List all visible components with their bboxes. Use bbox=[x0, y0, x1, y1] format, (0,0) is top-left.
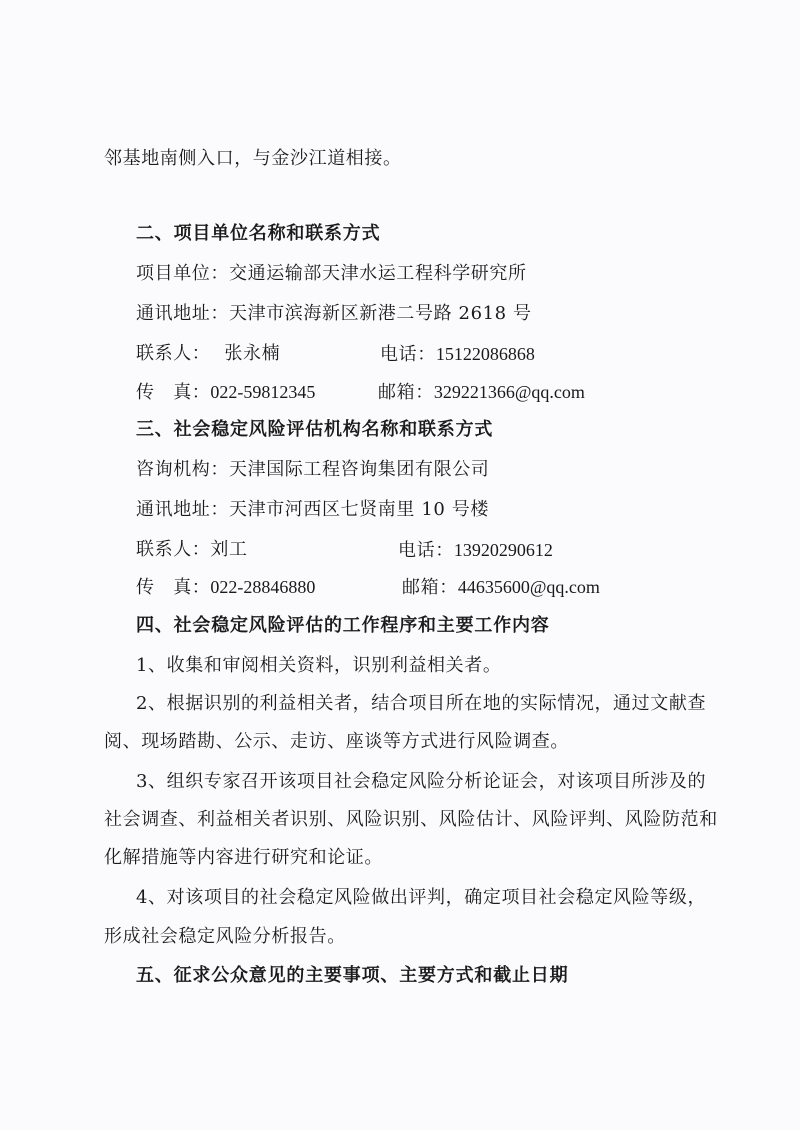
procedure-item-2-line-1: 2、根据识别的利益相关者，结合项目所在地的实际情况，通过文献查 bbox=[136, 692, 706, 716]
project-contact-label: 联系人： bbox=[136, 343, 210, 364]
project-address-label: 通讯地址： bbox=[136, 303, 229, 324]
consult-org-label: 咨询机构： bbox=[136, 459, 229, 480]
consult-phone-label: 电话： bbox=[398, 540, 454, 561]
procedure-item-4-line-1: 4、对该项目的社会稳定风险做出评判，确定项目社会稳定风险等级， bbox=[136, 886, 706, 910]
procedure-item-4-line-2: 形成社会稳定风险分析报告。 bbox=[104, 925, 346, 949]
consult-phone-row: 电话：13920290612 bbox=[398, 538, 553, 563]
section-3-heading: 三、社会稳定风险评估机构名称和联系方式 bbox=[136, 418, 493, 442]
project-email-label: 邮箱： bbox=[378, 382, 434, 403]
section-5-heading: 五、征求公众意见的主要事项、主要方式和截止日期 bbox=[136, 964, 568, 988]
consult-fax-label: 传 真： bbox=[136, 577, 210, 598]
consult-contact-value: 刘工 bbox=[210, 539, 247, 560]
consult-fax-value: 022-28846880 bbox=[210, 577, 315, 597]
continuation-line: 邻基地南侧入口，与金沙江道相接。 bbox=[104, 147, 402, 171]
project-unit-value: 交通运输部天津水运工程科学研究所 bbox=[229, 263, 527, 284]
consult-phone-value: 13920290612 bbox=[454, 540, 553, 560]
consult-fax-row: 传 真：022-28846880 bbox=[136, 575, 315, 600]
section-4-heading: 四、社会稳定风险评估的工作程序和主要工作内容 bbox=[136, 614, 550, 638]
project-contact-row: 联系人：张永楠 bbox=[136, 342, 280, 366]
procedure-item-2-line-2: 阅、现场踏勘、公示、走访、座谈等方式进行风险调查。 bbox=[104, 730, 569, 754]
project-fax-label: 传 真： bbox=[136, 382, 210, 403]
consult-email-value: 44635600@qq.com bbox=[458, 577, 600, 597]
procedure-item-3-line-1: 3、组织专家召开该项目社会稳定风险分析论证会，对该项目所涉及的 bbox=[136, 770, 706, 794]
procedure-item-1: 1、收集和审阅相关资料，识别利益相关者。 bbox=[136, 654, 501, 678]
consult-email-row: 邮箱：44635600@qq.com bbox=[402, 575, 600, 600]
project-phone-row: 电话：15122086868 bbox=[380, 342, 535, 367]
project-address-value: 天津市滨海新区新港二号路 2618 号 bbox=[229, 303, 532, 324]
consult-address-row: 通讯地址：天津市河西区七贤南里 10 号楼 bbox=[136, 498, 489, 522]
consult-contact-label: 联系人： bbox=[136, 539, 210, 560]
consult-org-value: 天津国际工程咨询集团有限公司 bbox=[229, 459, 489, 480]
document-page: 邻基地南侧入口，与金沙江道相接。 二、项目单位名称和联系方式 项目单位：交通运输… bbox=[0, 0, 800, 1130]
section-2-heading: 二、项目单位名称和联系方式 bbox=[136, 222, 380, 246]
consult-org-row: 咨询机构：天津国际工程咨询集团有限公司 bbox=[136, 458, 489, 482]
project-phone-value: 15122086868 bbox=[436, 344, 535, 364]
consult-email-label: 邮箱： bbox=[402, 577, 458, 598]
project-fax-row: 传 真：022-59812345 bbox=[136, 380, 315, 405]
project-email-row: 邮箱：329221366@qq.com bbox=[378, 380, 585, 405]
project-address-row: 通讯地址：天津市滨海新区新港二号路 2618 号 bbox=[136, 302, 532, 326]
project-phone-label: 电话： bbox=[380, 344, 436, 365]
procedure-item-3-line-3: 化解措施等内容进行研究和论证。 bbox=[104, 846, 383, 870]
project-contact-value: 张永楠 bbox=[224, 343, 280, 364]
project-fax-value: 022-59812345 bbox=[210, 382, 315, 402]
procedure-item-3-line-2: 社会调查、利益相关者识别、风险识别、风险估计、风险评判、风险防范和 bbox=[104, 808, 718, 832]
project-unit-row: 项目单位：交通运输部天津水运工程科学研究所 bbox=[136, 262, 527, 286]
consult-contact-row: 联系人：刘工 bbox=[136, 538, 248, 562]
project-unit-label: 项目单位： bbox=[136, 263, 229, 284]
project-email-value: 329221366@qq.com bbox=[434, 382, 585, 402]
consult-address-label: 通讯地址： bbox=[136, 499, 229, 520]
consult-address-value: 天津市河西区七贤南里 10 号楼 bbox=[229, 499, 489, 520]
